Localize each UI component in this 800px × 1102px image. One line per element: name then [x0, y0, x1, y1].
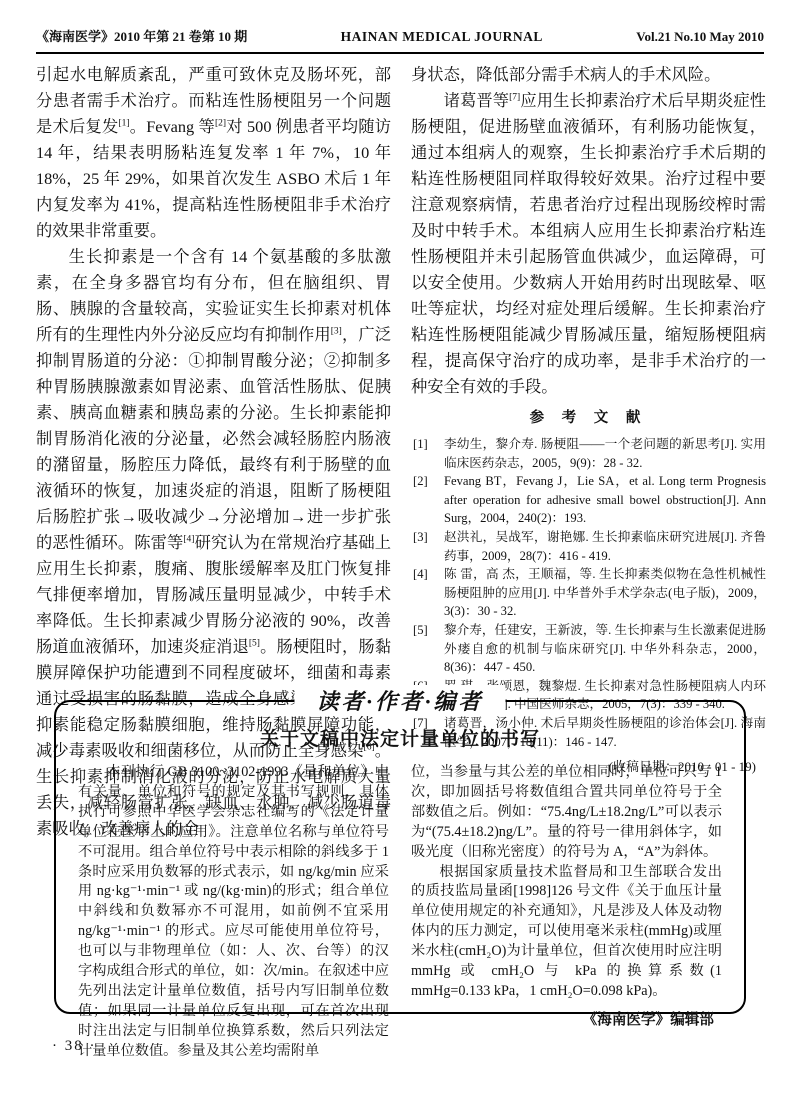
reference-text: Fevang BT，Fevang J，Lie SA，et al. Long te…	[444, 474, 766, 525]
reference-label: [3]	[413, 528, 428, 547]
volume-info: Vol.21 No.10 May 2010	[636, 29, 764, 45]
reference-item: [3]赵洪礼，吴战军，谢艳娜. 生长抑素临床研究进展[J]. 齐鲁药事，2009…	[411, 528, 766, 565]
reference-item: [1]李幼生，黎介寿. 肠梗阻——一个老问题的新思考[J]. 实用临床医药杂志，…	[411, 435, 766, 472]
citation-marker: [5]	[249, 639, 260, 649]
article-column-right-text: 身状态，降低部分需手术病人的手术风险。诸葛晋等[7]应用生长抑素治疗术后早期炎症…	[411, 62, 766, 400]
reference-item: [4]陈 雷，高 杰，王顺福，等. 生长抑素类似物在急性机械性肠梗阻肿的应用[J…	[411, 565, 766, 621]
reference-label: [1]	[413, 435, 428, 454]
notice-column-right: 位，当参量与其公差的单位相同时，单位可只写 1 次，即加圆括号将数值组合置共同单…	[411, 763, 722, 1062]
citation-marker: [3]	[331, 327, 342, 337]
notice-box: 读者·作者·编者 关于文稿中法定计量单位的书写 本刊执行 GB 3100~310…	[54, 700, 746, 1014]
paragraph: 本刊执行 GB 3100~3102-1993《量和单位》中有关量、单位和符号的规…	[78, 763, 389, 1062]
notice-column-left: 本刊执行 GB 3100~3102-1993《量和单位》中有关量、单位和符号的规…	[78, 763, 389, 1062]
paragraph: 身状态，降低部分需手术病人的手术风险。	[411, 62, 766, 88]
citation-marker: [4]	[183, 535, 194, 545]
reference-text: 陈 雷，高 杰，王顺福，等. 生长抑素类似物在急性机械性肠梗阻肿的应用[J]. …	[444, 567, 766, 618]
reference-label: [2]	[413, 472, 428, 491]
reference-label: [4]	[413, 565, 428, 584]
running-head: 《海南医学》2010 年第 21 卷第 10 期 HAINAN MEDICAL …	[36, 26, 764, 45]
journal-issue-info: 《海南医学》2010 年第 21 卷第 10 期	[36, 26, 247, 45]
paragraph: 引起水电解质紊乱，严重可致休克及肠坏死，部分患者需手术治疗。而粘连性肠梗阻另一个…	[36, 62, 391, 244]
reference-text: 黎介寿，任建安，王新波，等. 生长抑素与生长激素促进肠外瘘自愈的机制与临床研究[…	[444, 623, 766, 674]
notice-title: 关于文稿中法定计量单位的书写	[78, 724, 722, 751]
page-number: · 38 ·	[52, 1038, 97, 1055]
paragraph: 位，当参量与其公差的单位相同时，单位可只写 1 次，即加圆括号将数值组合置共同单…	[411, 763, 722, 863]
journal-page: 《海南医学》2010 年第 21 卷第 10 期 HAINAN MEDICAL …	[0, 0, 800, 1102]
notice-columns: 本刊执行 GB 3100~3102-1993《量和单位》中有关量、单位和符号的规…	[78, 763, 722, 1062]
reference-text: 李幼生，黎介寿. 肠梗阻——一个老问题的新思考[J]. 实用临床医药杂志，200…	[444, 437, 766, 470]
journal-title-english: HAINAN MEDICAL JOURNAL	[341, 29, 543, 45]
paragraph: 根据国家质量技术监督局和卫生部联合发出的质技监局量函[1998]126 号文件《…	[411, 863, 722, 1002]
editorial-signature: 《海南医学》编辑部	[411, 1011, 722, 1031]
reference-item: [2]Fevang BT，Fevang J，Lie SA，et al. Long…	[411, 472, 766, 528]
header-rule	[36, 52, 764, 54]
notice-column-right-text: 位，当参量与其公差的单位相同时，单位可只写 1 次，即加圆括号将数值组合置共同单…	[411, 763, 722, 1002]
paragraph: 诸葛晋等[7]应用生长抑素治疗术后早期炎症性肠梗阻，促进肠壁血液循环，有利肠功能…	[411, 88, 766, 400]
reference-label: [5]	[413, 621, 428, 640]
citation-marker: [2]	[215, 119, 226, 129]
citation-marker: [7]	[509, 93, 520, 103]
reader-author-editor-ribbon: 读者·作者·编者	[294, 685, 505, 716]
references-heading: 参 考 文 献	[411, 405, 766, 431]
reference-text: 赵洪礼，吴战军，谢艳娜. 生长抑素临床研究进展[J]. 齐鲁药事，2009，28…	[444, 530, 766, 563]
reference-item: [5]黎介寿，任建安，王新波，等. 生长抑素与生长激素促进肠外瘘自愈的机制与临床…	[411, 621, 766, 677]
citation-marker: [1]	[118, 119, 129, 129]
